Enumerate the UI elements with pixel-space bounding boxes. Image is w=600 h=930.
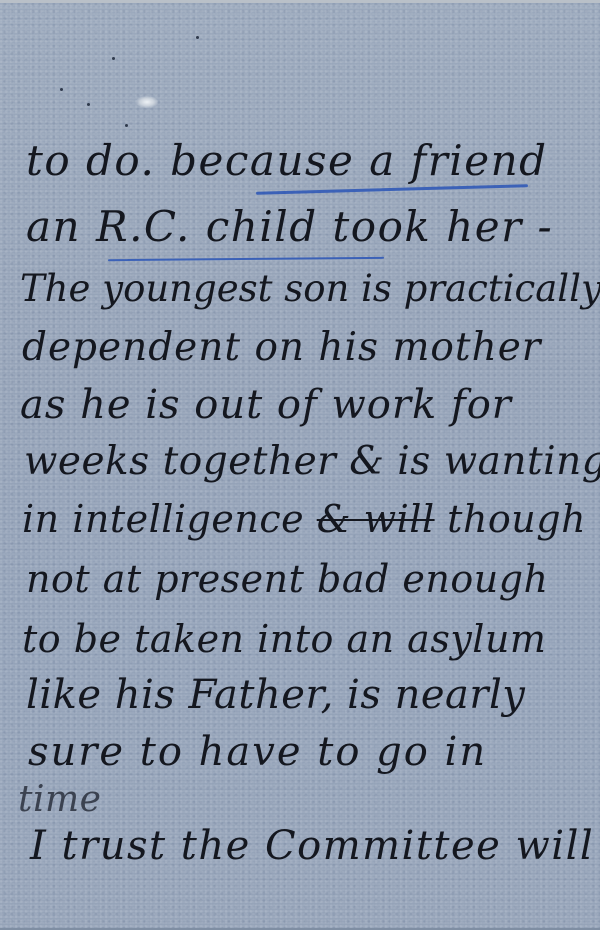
letter-line-7: in intelligence & will though: [22, 500, 586, 538]
letter-line-3: The youngest son is practically: [20, 270, 600, 307]
letter-line-9: to be taken into an asylum: [22, 620, 546, 658]
paper-speck: [60, 88, 63, 91]
underline-rc-child: [108, 257, 384, 261]
struck-out-word: & will: [317, 497, 435, 541]
paper-speck: [196, 36, 199, 39]
letter-line-7-after: though: [435, 497, 586, 541]
letter-line-2: an R.C. child took her -: [26, 206, 553, 248]
letter-line-5: as he is out of work for: [20, 385, 512, 425]
letter-line-13: I trust the Committee will: [30, 826, 594, 866]
paper-emboss-mark: [136, 96, 158, 108]
paper-speck: [87, 103, 90, 106]
letter-line-6: weeks together & is wanting: [24, 442, 600, 481]
paper-top-edge: [0, 0, 600, 3]
paper-speck: [112, 57, 115, 60]
letter-line-12: time: [18, 782, 101, 818]
letter-page: to do. because a friend an R.C. child to…: [0, 0, 600, 930]
paper-speck: [125, 124, 128, 127]
letter-line-10: like his Father, is nearly: [26, 675, 525, 715]
letter-line-11: sure to have to go in: [28, 732, 487, 772]
letter-line-7-text: in intelligence: [22, 497, 317, 541]
letter-line-8: not at present bad enough: [26, 560, 549, 598]
letter-line-4: dependent on his mother: [22, 328, 541, 367]
letter-line-1: to do. because a friend: [26, 140, 548, 182]
letter-line-6-text: weeks together & is wanting: [24, 439, 600, 484]
underline-a-friend: [256, 184, 528, 195]
